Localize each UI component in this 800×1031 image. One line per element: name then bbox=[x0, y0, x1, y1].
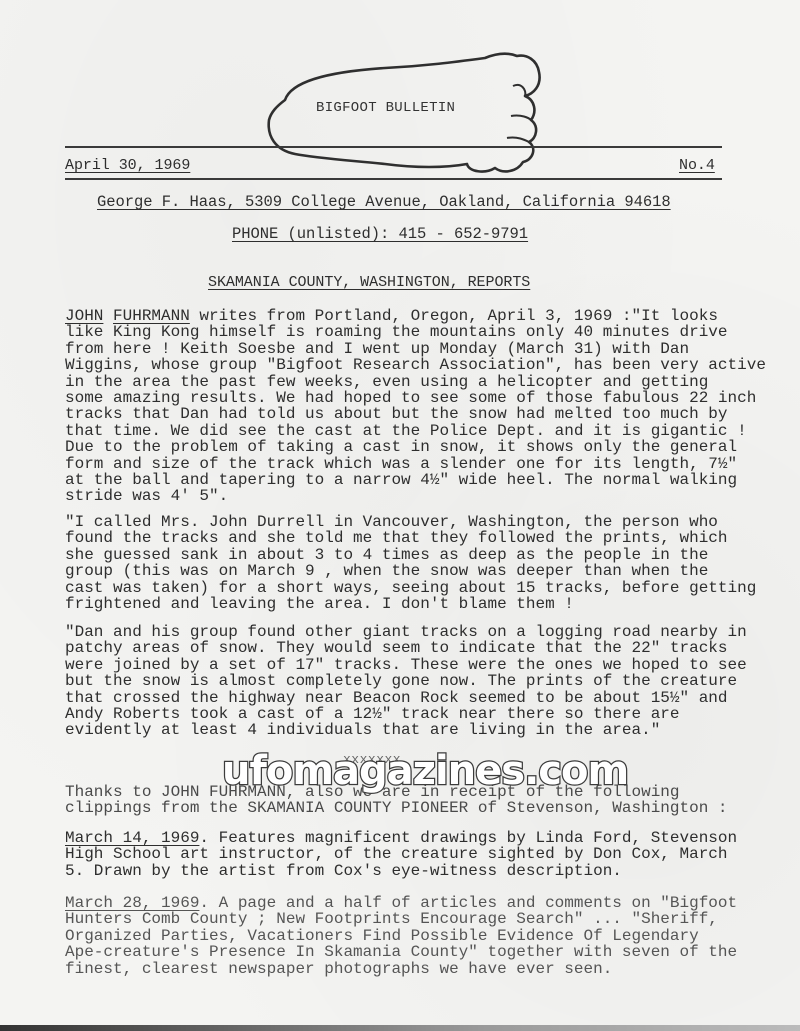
paragraph-1-text: writes from Portland, Oregon, April 3, 1… bbox=[65, 307, 766, 505]
report-paragraph-1: JOHN FUHRMANN writes from Portland, Oreg… bbox=[65, 308, 785, 505]
clipping-item-1: March 14, 1969. Features magnificent dra… bbox=[65, 830, 785, 879]
clipping-item-2: March 28, 1969. A page and a half of art… bbox=[65, 895, 785, 977]
bulletin-title: BIGFOOT BULLETIN bbox=[316, 100, 455, 116]
scan-edge-shadow bbox=[0, 1025, 800, 1031]
clipping-date: March 28, 1969 bbox=[65, 894, 199, 912]
issue-date: April 30, 1969 bbox=[65, 158, 190, 174]
lead-name-first: JOHN bbox=[65, 307, 103, 325]
section-heading: SKAMANIA COUNTY, WASHINGTON, REPORTS bbox=[208, 275, 530, 291]
masthead-rule-top bbox=[65, 146, 722, 148]
publisher-address: George F. Haas, 5309 College Avenue, Oak… bbox=[97, 194, 671, 210]
watermark: ufomagazines.com bbox=[222, 748, 628, 794]
clipping-date: March 14, 1969 bbox=[65, 829, 199, 847]
lead-name-last: FUHRMANN bbox=[113, 307, 190, 325]
report-paragraph-2: "I called Mrs. John Durrell in Vancouver… bbox=[65, 514, 785, 612]
publisher-phone: PHONE (unlisted): 415 - 652-9791 bbox=[232, 226, 528, 242]
issue-number: No.4 bbox=[679, 158, 715, 174]
masthead-rule-bottom bbox=[65, 178, 722, 180]
report-paragraph-3: "Dan and his group found other giant tra… bbox=[65, 624, 785, 739]
